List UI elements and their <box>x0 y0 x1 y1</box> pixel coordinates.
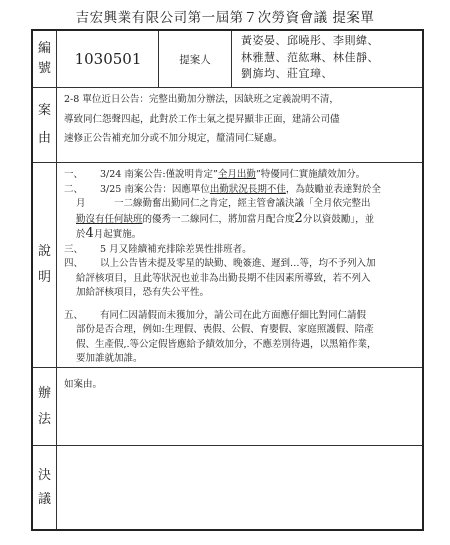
resolution-label: 決 議 <box>33 446 57 529</box>
method-row: 辦 法 如案由。 <box>33 368 422 446</box>
underlined-text: 出勤狀況長期不佳 <box>210 184 286 195</box>
explanation-label-char-1: 說 <box>38 239 51 265</box>
spacer <box>64 301 417 309</box>
reason-line: 速修正公告補充加分或不加分規定，釐清同仁疑慮。 <box>64 129 417 149</box>
item-number: 三、 <box>64 243 90 258</box>
item-text: 3/25 南案公告：因應單位出勤狀況長期不佳，為鼓勵並表達對於全 <box>90 183 417 198</box>
explanation-label: 說 明 <box>33 163 57 367</box>
reason-label-char-1: 案 <box>38 97 51 125</box>
resolution-label-char-1: 決 <box>38 464 51 488</box>
resolution-label-char-2: 議 <box>38 488 51 512</box>
text-fragment: 的優秀一二線同仁，將加當月配合度 <box>143 214 295 225</box>
item-2-line-3: 勤沒有任何缺班的優秀一二線同仁，將加當月配合度2分以資鼓勵」，並 <box>64 212 417 228</box>
method-label-char-2: 法 <box>38 407 51 433</box>
item-text: 以上公告皆未提及零星的缺勤、晚簽進、遲到…等，均不予列入加 <box>90 257 417 272</box>
explanation-item-5: 五、 有同仁因請假而未獲加分，請公司在此方面應仔細比對同仁請假 <box>64 309 417 324</box>
item-number: 一、 <box>64 168 90 183</box>
document-title: 吉宏興業有限公司第一屆第７次勞資會議 提案單 <box>0 6 450 26</box>
explanation-item-1: 一、 3/24 南案公告:僅說明肯定”全月出勤”特優同仁實施績效加分。 <box>64 168 417 183</box>
item-text: 有同仁因請假而未獲加分，請公司在此方面應仔細比對同仁請假 <box>90 309 417 324</box>
proposer-label: 提案人 <box>159 31 232 87</box>
text-fragment: 於 <box>76 229 86 240</box>
text-fragment: 3/25 南案公告：因應單位 <box>100 184 210 195</box>
item-2-line-4: 於4月起實施。 <box>64 227 417 243</box>
text-fragment: ”特優同仁實施績效加分。 <box>256 169 365 180</box>
item-2-line-2: 月 一二線勤奮出勤同仁之肯定，經主管會議決議「全月依完整出 <box>64 197 417 212</box>
reason-label: 案 由 <box>33 88 57 162</box>
method-label-char-1: 辦 <box>38 381 51 407</box>
item-number: 四、 <box>64 257 90 272</box>
proposal-id: 1030501 <box>58 31 159 87</box>
id-label-char-2: 號 <box>38 59 51 79</box>
reason-line: 導致同仁怨聲四起，此對於工作士氣之提昇顯非正面，建請公司儘 <box>64 110 417 130</box>
text-fragment: 3/24 南案公告:僅說明肯定” <box>100 169 218 180</box>
resolution-content <box>58 446 422 529</box>
id-label-char-1: 編 <box>38 39 51 59</box>
reason-row: 案 由 2-8 單位近日公告：完整出勤加分辦法，因缺班之定義說明不清， 導致同仁… <box>33 88 422 163</box>
reason-label-char-2: 由 <box>38 125 51 153</box>
text-fragment: 月起實施。 <box>94 229 142 240</box>
item-5-line-2: 部份是否合理，例如:生理假、喪假、公假、育嬰假、家庭照護假、陪產 <box>64 323 417 338</box>
method-content: 如案由。 <box>58 368 422 445</box>
underlined-text: 勤沒有任何缺班 <box>76 214 143 225</box>
method-label: 辦 法 <box>33 368 57 445</box>
explanation-label-char-2: 明 <box>38 265 51 291</box>
text-fragment: 分以資鼓勵」，並 <box>303 214 374 225</box>
highlight-number: 2 <box>295 211 303 226</box>
text-fragment: ，為鼓勵並表達對於全 <box>286 184 381 195</box>
proposer-line: 劉旆均、莊宜璋、 <box>241 66 422 83</box>
proposer-list: 黃姿晏、邱曉彤、李則緯、 林雅慧、范紘琳、林佳靜、 劉旆均、莊宜璋、 <box>232 31 422 87</box>
explanation-row: 說 明 一、 3/24 南案公告:僅說明肯定”全月出勤”特優同仁實施績效加分。 … <box>33 163 422 368</box>
proposer-line: 林雅慧、范紘琳、林佳靜、 <box>241 50 422 67</box>
proposal-form: 編 號 1030501 提案人 黃姿晏、邱曉彤、李則緯、 林雅慧、范紘琳、林佳靜… <box>31 29 424 531</box>
id-label: 編 號 <box>33 31 57 87</box>
item-5-line-4: 要加誰就加誰。 <box>64 352 417 367</box>
explanation-content: 一、 3/24 南案公告:僅說明肯定”全月出勤”特優同仁實施績效加分。 二、 3… <box>58 163 422 367</box>
resolution-row: 決 議 <box>33 446 422 529</box>
explanation-item-2: 二、 3/25 南案公告：因應單位出勤狀況長期不佳，為鼓勵並表達對於全 <box>64 183 417 198</box>
item-5-line-3: 假、生產假,.等公定假皆應給予績效加分，不應差別待遇，以黑箱作業， <box>64 338 417 353</box>
header-row: 編 號 1030501 提案人 黃姿晏、邱曉彤、李則緯、 林雅慧、范紘琳、林佳靜… <box>33 31 422 88</box>
reason-content: 2-8 單位近日公告：完整出勤加分辦法，因缺班之定義說明不清， 導致同仁怨聲四起… <box>58 88 422 162</box>
reason-line: 2-8 單位近日公告：完整出勤加分辦法，因缺班之定義說明不清， <box>64 90 417 110</box>
item-text: 5 月又陸續補充排除差異性排班者。 <box>90 243 417 258</box>
proposer-line: 黃姿晏、邱曉彤、李則緯、 <box>241 33 422 50</box>
item-number: 五、 <box>64 309 90 324</box>
underlined-text: 全月出勤 <box>218 169 256 180</box>
explanation-item-3: 三、 5 月又陸續補充排除差異性排班者。 <box>64 243 417 258</box>
highlight-number: 4 <box>86 226 94 241</box>
item-4-line-2: 給評核項目，且此等狀況也並非為出勤長期不佳因素所導致，若不列入 <box>64 272 417 287</box>
item-4-line-3: 加給評核項目，恐有失公平性。 <box>64 286 417 301</box>
item-text: 3/24 南案公告:僅說明肯定”全月出勤”特優同仁實施績效加分。 <box>90 168 417 183</box>
item-number: 二、 <box>64 183 90 198</box>
explanation-item-4: 四、 以上公告皆未提及零星的缺勤、晚簽進、遲到…等，均不予列入加 <box>64 257 417 272</box>
